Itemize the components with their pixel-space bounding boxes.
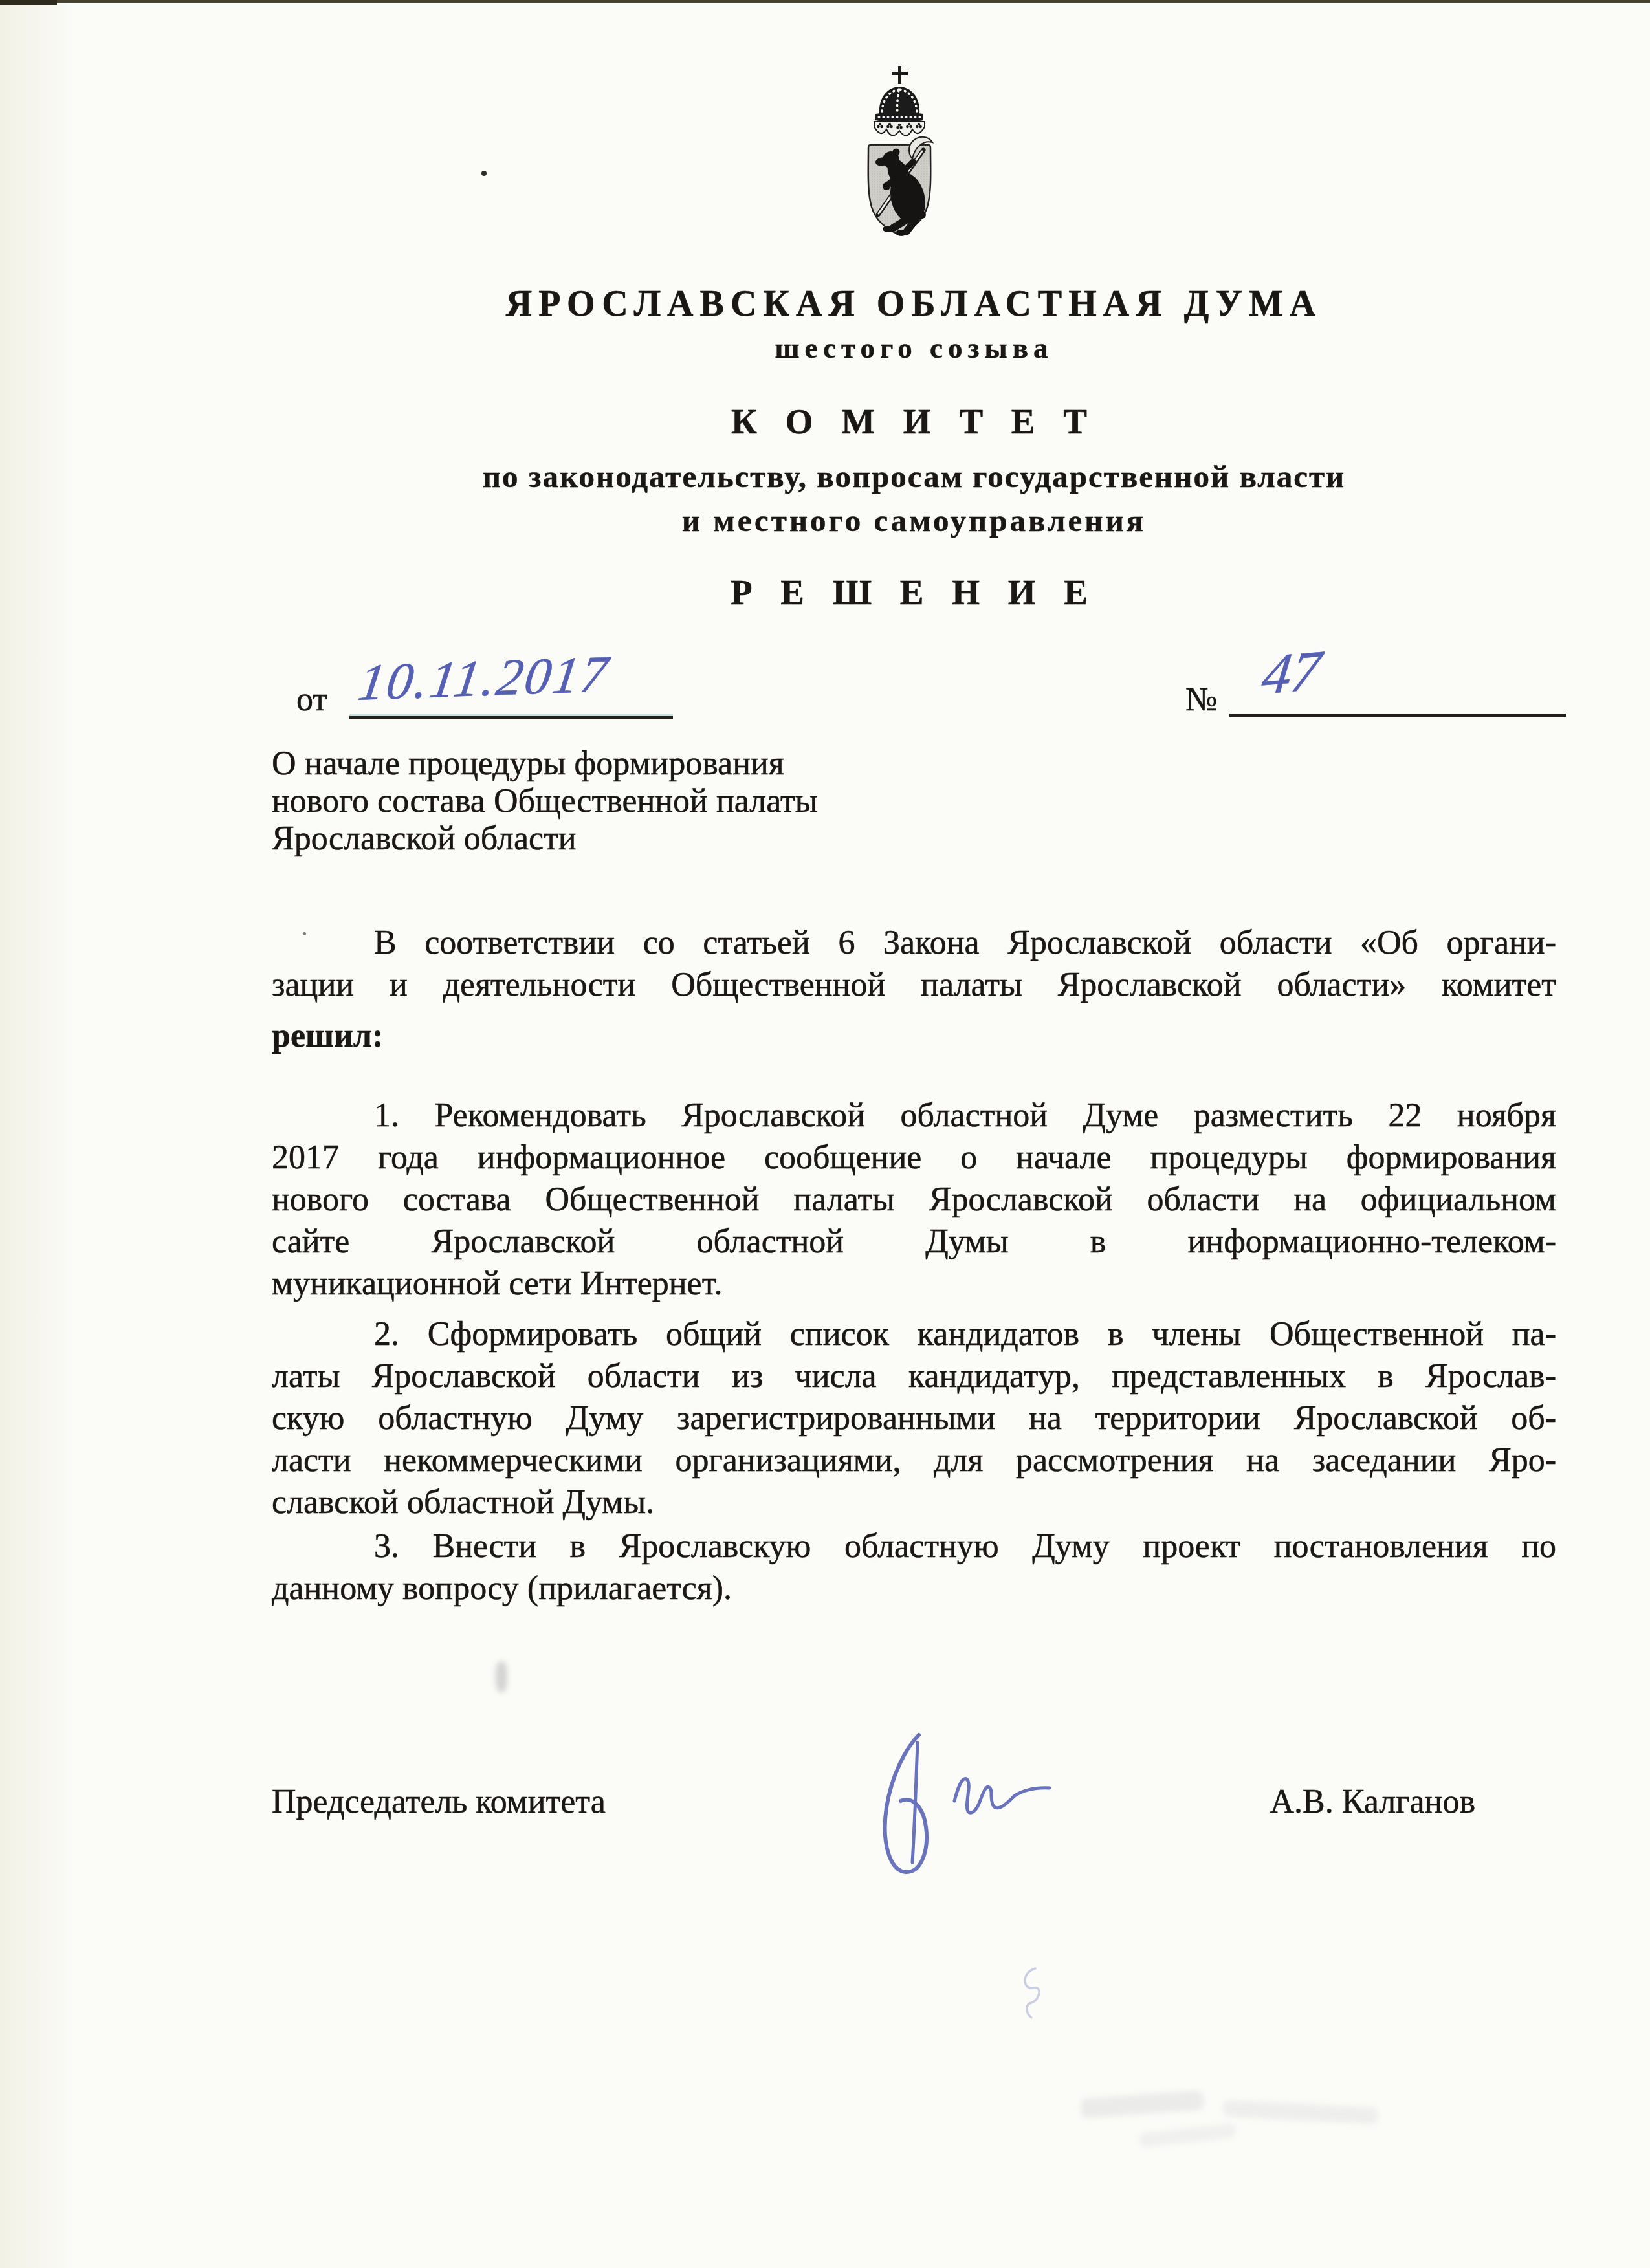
crown-cross-icon — [892, 66, 908, 84]
committee-title: К О М И Т Е Т — [272, 401, 1556, 442]
date-label: от — [296, 681, 327, 719]
paragraph-line: 1. Рекомендовать Ярославской областной Д… — [272, 1095, 1556, 1137]
resolved-word: решил: — [272, 1015, 1556, 1057]
paragraph-line: В соответствии со статьей 6 Закона Яросл… — [272, 922, 1556, 964]
paragraph-line: славской областной Думы. — [272, 1481, 1556, 1523]
subject-line: нового состава Общественной палаты — [272, 783, 1048, 820]
scan-speck — [303, 932, 306, 935]
scan-speck — [481, 171, 487, 176]
decision-item-3: 3. Внести в Ярославскую областную Думу п… — [272, 1525, 1556, 1609]
scanned-document-page: ЯРОСЛАВСКАЯ ОБЛАСТНАЯ ДУМА шестого созыв… — [0, 0, 1650, 2268]
document-type-title: Р Е Ш Е Н И Е — [272, 572, 1556, 613]
handwritten-signature — [841, 1723, 1068, 1892]
paragraph-line: ласти некоммерческими организациями, для… — [272, 1439, 1556, 1481]
bleed-through-marks — [1080, 2090, 1204, 2118]
paragraph-line: данному вопросу (прилагается). — [272, 1567, 1556, 1609]
number-underline — [1229, 714, 1566, 717]
faint-ink-squiggle — [1009, 1963, 1074, 2028]
decision-item-2: 2. Сформировать общий список кандидатов … — [272, 1313, 1556, 1523]
subject-block: О начале процедуры формирования нового с… — [272, 745, 1048, 858]
number-label: № — [1185, 681, 1218, 719]
paragraph-line: скую областную Думу зарегистрированными … — [272, 1397, 1556, 1439]
committee-description-line1: по законодательству, вопросам государств… — [272, 458, 1556, 495]
subject-line: Ярославской области — [272, 820, 1048, 858]
scan-edge-shading — [0, 0, 84, 2268]
scan-top-edge — [0, 0, 1650, 3]
subject-line: О начале процедуры формирования — [272, 745, 1048, 783]
committee-description-line2: и местного самоуправления — [272, 502, 1556, 539]
paragraph-line: 3. Внести в Ярославскую областную Думу п… — [272, 1525, 1556, 1567]
paragraph-line: латы Ярославской области из числа кандид… — [272, 1355, 1556, 1397]
paragraph-line: нового состава Общественной палаты Яросл… — [272, 1179, 1556, 1221]
paragraph-line: сайте Ярославской областной Думы в инфор… — [272, 1221, 1556, 1263]
date-underline — [349, 716, 673, 719]
paragraph-line: 2. Сформировать общий список кандидатов … — [272, 1313, 1556, 1355]
organization-name: ЯРОСЛАВСКАЯ ОБЛАСТНАЯ ДУМА — [272, 283, 1556, 325]
paragraph-line: муникационной сети Интернет. — [272, 1263, 1556, 1305]
bleed-through-marks — [1222, 2100, 1378, 2125]
bleed-through-marks — [1138, 2123, 1236, 2148]
yaroslavl-coat-of-arms-icon — [851, 65, 948, 239]
convocation-subtitle: шестого созыва — [272, 331, 1556, 365]
scan-smudge — [496, 1661, 507, 1692]
paragraph-line: 2017 года информационное сообщение о нач… — [272, 1137, 1556, 1179]
scan-corner-mark — [0, 0, 57, 5]
intro-paragraph: В соответствии со статьей 6 Закона Яросл… — [272, 922, 1556, 1057]
signer-position: Председатель комитета — [272, 1783, 606, 1821]
paragraph-line: зации и деятельности Общественной палаты… — [272, 964, 1556, 1006]
decision-item-1: 1. Рекомендовать Ярославской областной Д… — [272, 1095, 1556, 1305]
signer-name: А.В. Калганов — [1100, 1783, 1475, 1821]
handwritten-number: 47 — [1259, 638, 1325, 708]
handwritten-date: 10.11.2017 — [355, 645, 613, 712]
